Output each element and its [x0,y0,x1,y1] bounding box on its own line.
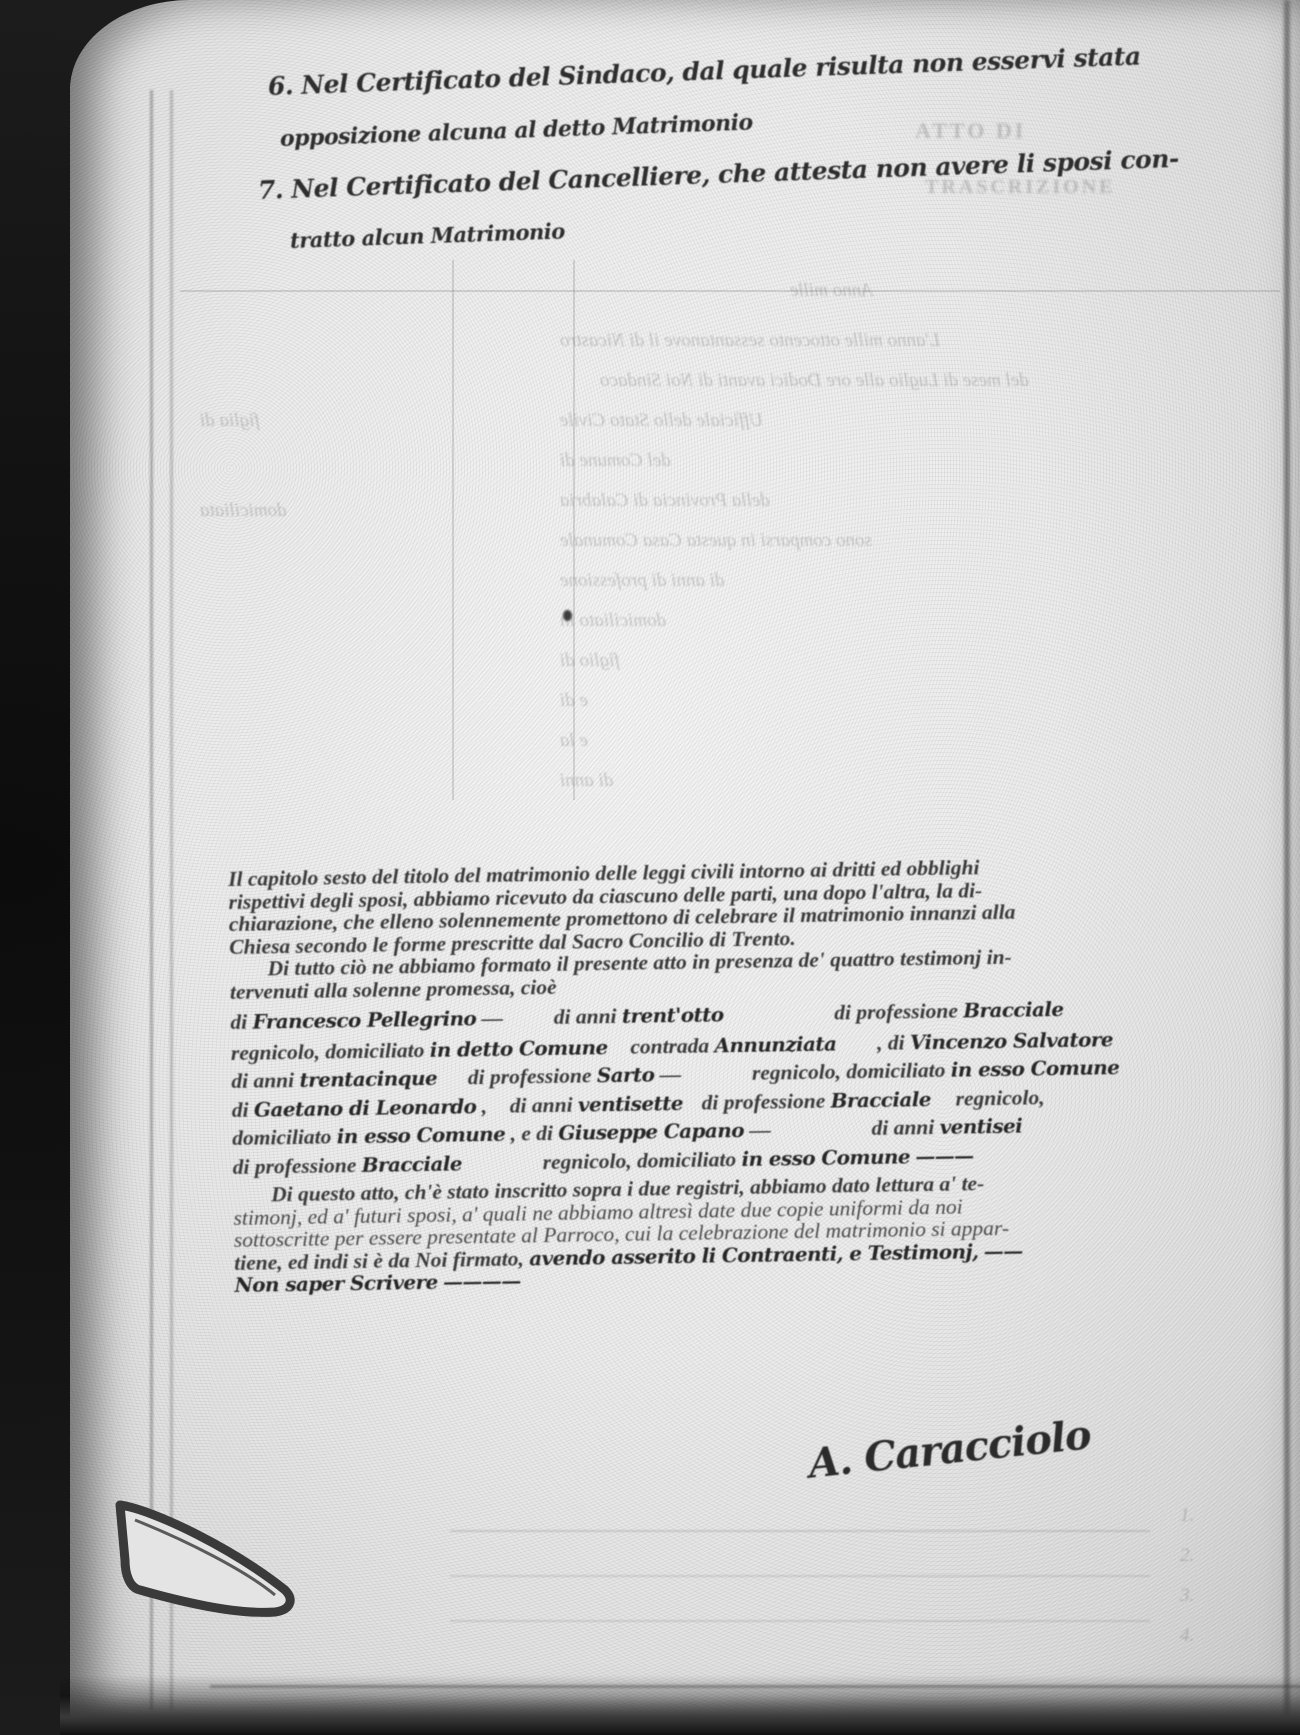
form-header-rule [180,290,1280,292]
printed-body: Il capitolo sesto del titolo del matrimo… [228,852,1265,1297]
binding-fold-line [150,90,153,1710]
ghost-header-title: ATTO DI [915,118,1026,144]
witness-2-age: trentacinque [299,1066,437,1092]
witness-4-domicile: in esso Comune [741,1144,910,1171]
witness-1-age: trent'otto [622,1002,724,1028]
torn-corner-icon [115,1480,315,1630]
witness-2-profession: Sarto [597,1062,655,1087]
witness-3-age: ventisette [578,1090,683,1116]
page-bottom-edge [60,1675,1300,1735]
witness-1-domicile: in detto Comune [430,1035,608,1062]
ink-spot [563,610,572,621]
page-right-edge [1284,0,1290,1735]
witness-4-profession: Bracciale [361,1151,462,1177]
witness-3-name: Gaetano di Leonardo [254,1094,477,1121]
witness-2-domicile: in esso Comune [951,1055,1120,1082]
binding-fold-line-2 [170,90,173,1710]
witness-1-name: Francesco Pellegrino [252,1006,476,1034]
witness-1-contrada: Annunziata [714,1031,836,1057]
witness-2-name: Vincenzo Salvatore [910,1027,1113,1054]
handwritten-cannot-write: Non saper Scrivere [234,1270,437,1297]
witness-3-domicile: in esso Comune [337,1122,506,1149]
witness-3-profession: Bracciale [830,1086,931,1112]
witness-4-age: ventisei [939,1114,1022,1139]
form-column-rule [452,260,454,800]
witness-4-name: Giuseppe Capano [558,1118,744,1145]
witness-1-profession: Bracciale [963,997,1064,1023]
